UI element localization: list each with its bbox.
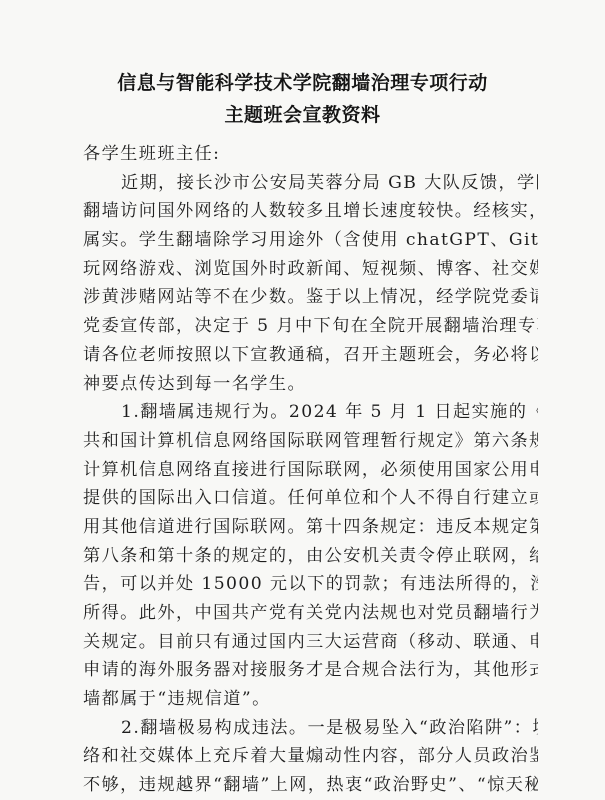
body-line: 翻墙访问国外网络的人数较多且增长速度较快。经核实，情况 [83,197,538,226]
body-line: 第八条和第十条的规定的，由公安机关责令停止联网，给予警 [83,542,538,571]
body-line: 提供的国际出入口信道。任何单位和个人不得自行建立或者使 [83,484,538,513]
body-line: 神要点传达到每一名学生。 [83,370,538,399]
body-line: 党委宣传部，决定于 5 月中下旬在全院开展翻墙治理专项行动 [83,312,538,341]
body-line: 墙都属于“违规信道”。 [83,685,538,714]
body-line: 不够，违规越界“翻墙”上网，热衷“政治野史”、“惊天秘闻”， [83,771,538,800]
body-line: 关规定。目前只有通过国内三大运营商（移动、联通、电信） [83,628,538,657]
body-line: 属实。学生翻墙除学习用途外（含使用 chatGPT、Github 等）， [83,226,538,255]
body-line: 请各位老师按照以下宣教通稿，召开主题班会，务必将以下精 [83,341,538,370]
body-line: 共和国计算机信息网络国际联网管理暂行规定》第六条规定: [83,427,538,456]
body-line: 告，可以并处 15000 元以下的罚款；有违法所得的，没收违法 [83,570,538,599]
body-line: 计算机信息网络直接进行国际联网，必须使用国家公用电信网 [83,456,538,485]
document-subtitle: 主题班会宣教资料 [0,100,605,127]
body-line: 申请的海外服务器对接服务才是合规合法行为，其他形式的翻 [83,656,538,685]
document-title: 信息与智能科学技术学院翻墙治理专项行动 [0,68,605,95]
body-line: 近期，接长沙市公安局芙蓉分局 GB 大队反馈，学院学生中 [83,169,538,198]
body-line: 涉黄涉赌网站等不在少数。鉴于以上情况，经学院党委请示校 [83,283,538,312]
body-line: 用其他信道进行国际联网。第十四条规定：违反本规定第六条、 [83,513,538,542]
body-line: 络和社交媒体上充斥着大量煽动性内容，部分人员政治鉴别力 [83,742,538,771]
document-page: 信息与智能科学技术学院翻墙治理专项行动 主题班会宣教资料 各学生班班主任:近期，… [0,0,605,800]
body-line: 玩网络游戏、浏览国外时政新闻、短视频、博客、社交媒体及 [83,255,538,284]
document-body: 各学生班班主任:近期，接长沙市公安局芙蓉分局 GB 大队反馈，学院学生中翻墙访问… [83,140,538,800]
body-line: 2.翻墙极易构成违法。一是极易坠入“政治陷阱”：境外网 [83,714,538,743]
body-line: 所得。此外，中国共产党有关党内法规也对党员翻墙行为有相 [83,599,538,628]
salutation: 各学生班班主任: [83,140,538,169]
body-line: 1.翻墙属违规行为。2024 年 5 月 1 日起实施的《中华人民 [83,398,538,427]
